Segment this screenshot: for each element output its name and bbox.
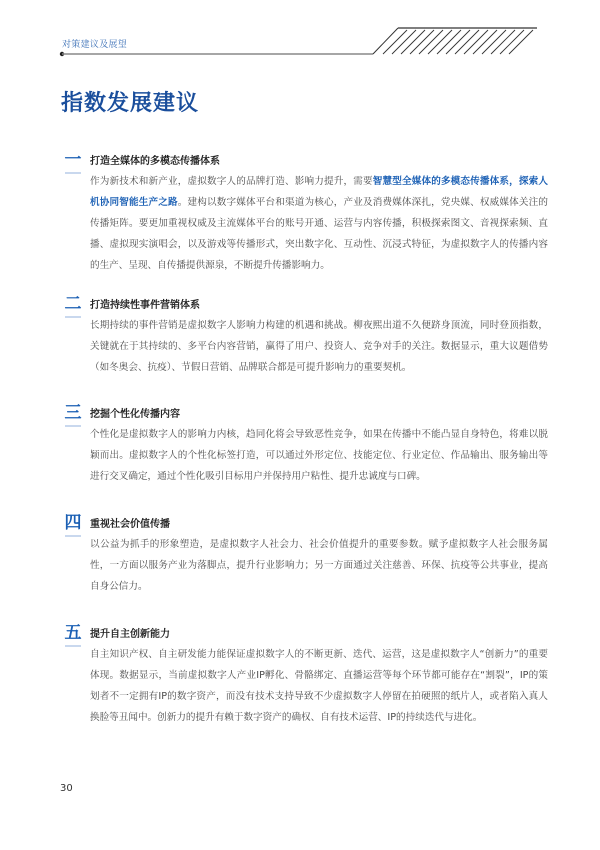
section-body: 自主知识产权、自主研发能力能保证虚拟数字人的不断更新、迭代、运营，这是虚拟数字人… (90, 644, 548, 728)
section-body: 长期持续的事件营销是虚拟数字人影响力构建的机遇和挑战。柳夜熙出道不久便跻身顶流，… (90, 315, 548, 378)
section-label: 对策建议及展望 (62, 37, 127, 50)
section-heading: 挖掘个性化传播内容 (90, 405, 180, 420)
page-header: 对策建议及展望 (0, 0, 600, 70)
section-numeral: 四 (62, 512, 84, 534)
section-numeral: 二 (62, 293, 84, 315)
section-body: 作为新技术和新产业，虚拟数字人的品牌打造、影响力提升，需要智慧型全媒体的多模态传… (90, 171, 548, 276)
body-text: 作为新技术和新产业，虚拟数字人的品牌打造、影响力提升，需要 (90, 176, 373, 187)
section-heading: 打造全媒体的多模态传播体系 (90, 152, 220, 167)
section-body: 个性化是虚拟数字人的影响力内核，趋同化将会导致恶性竞争，如果在传播中不能凸显自身… (90, 424, 548, 487)
page-number: 30 (60, 783, 73, 794)
section-heading: 打造持续性事件营销体系 (90, 296, 200, 311)
header-rule-decoration (0, 0, 600, 70)
section-numeral: 五 (62, 622, 84, 644)
section-heading: 重视社会价值传播 (90, 515, 170, 530)
section-numeral: 三 (62, 402, 84, 424)
section-numeral: 一 (62, 149, 84, 171)
section-body: 以公益为抓手的形象塑造，是虚拟数字人社会力、社会价值提升的重要参数。赋予虚拟数字… (90, 534, 548, 597)
page-title: 指数发展建议 (61, 86, 199, 117)
section-heading: 提升自主创新能力 (90, 625, 170, 640)
body-text: 。建构以数字媒体平台和渠道为核心，产业及消费媒体深扎，党央媒、权威媒体关注的传播… (90, 197, 548, 271)
